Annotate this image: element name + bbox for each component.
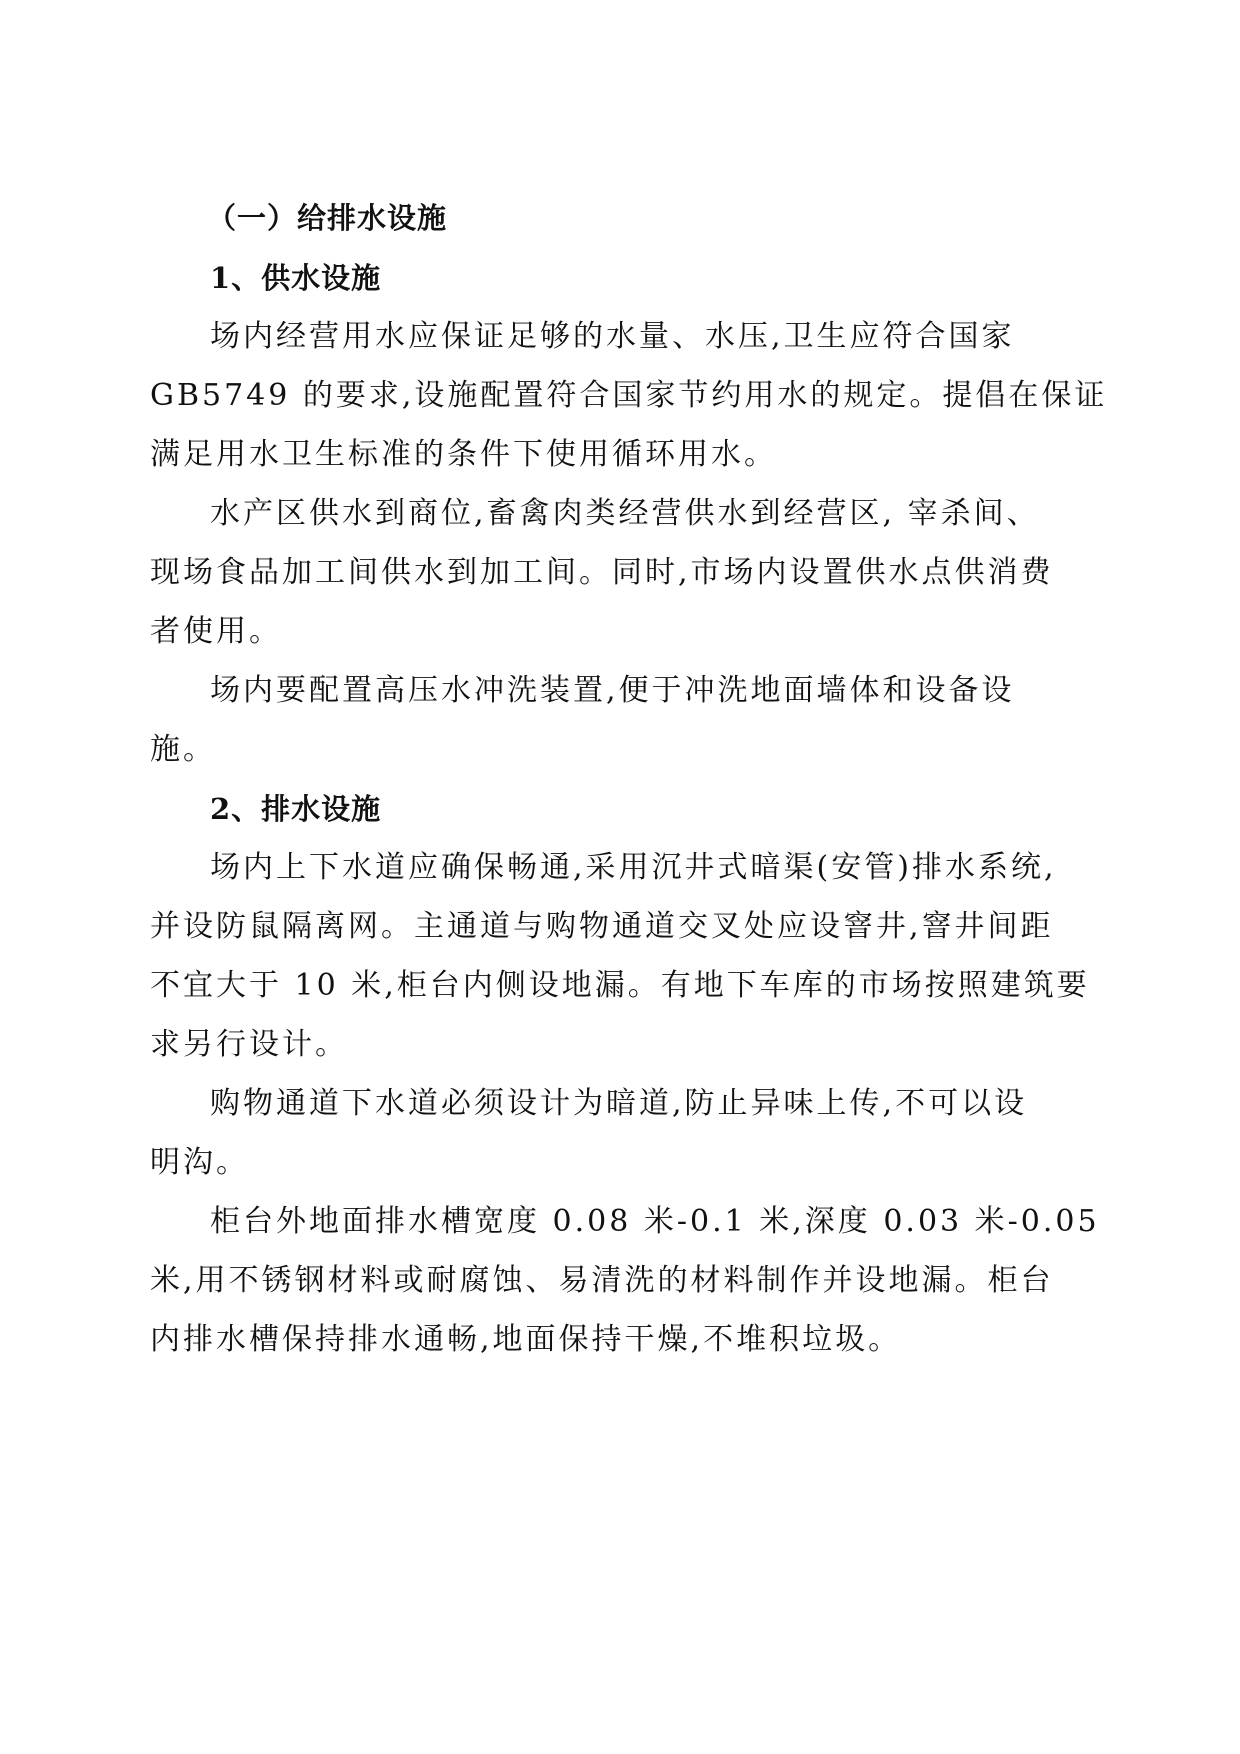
subsection-heading-drainage: 2、排水设施 (210, 789, 1030, 829)
paragraph-line: 场内上下水道应确保畅通,采用沉井式暗渠(安管)排水系统, (210, 848, 1030, 888)
subsection-heading-water-supply: 1、供水设施 (210, 258, 1030, 298)
paragraph-line: 米,用不锈钢材料或耐腐蚀、易清洗的材料制作并设地漏。柜台 (150, 1261, 970, 1301)
paragraph-line: 并设防鼠隔离网。主通道与购物通道交叉处应设窨井,窨井间距 (150, 907, 970, 947)
paragraph-line: 满足用水卫生标准的条件下使用循环用水。 (150, 435, 970, 475)
paragraph-line: 求另行设计。 (150, 1025, 970, 1065)
paragraph-line: 场内要配置高压水冲洗装置,便于冲洗地面墙体和设备设 (210, 671, 1030, 711)
paragraph-line: 现场食品加工间供水到加工间。同时,市场内设置供水点供消费 (150, 553, 970, 593)
document-page: （一）给排水设施 1、供水设施 场内经营用水应保证足够的水量、水压,卫生应符合国… (0, 0, 1240, 1754)
paragraph-line: 者使用。 (150, 612, 970, 652)
paragraph-line: 内排水槽保持排水通畅,地面保持干燥,不堆积垃圾。 (150, 1320, 970, 1360)
paragraph-line: 购物通道下水道必须设计为暗道,防止异味上传,不可以设 (210, 1084, 1030, 1124)
paragraph-line: 水产区供水到商位,畜禽肉类经营供水到经营区, 宰杀间、 (210, 494, 1030, 534)
paragraph-line: 柜台外地面排水槽宽度 0.08 米-0.1 米,深度 0.03 米-0.05 (210, 1202, 1030, 1242)
section-heading: （一）给排水设施 (207, 198, 1027, 238)
paragraph-line: 场内经营用水应保证足够的水量、水压,卫生应符合国家 (210, 317, 1030, 357)
paragraph-line: 施。 (150, 730, 970, 770)
paragraph-line: 不宜大于 10 米,柜台内侧设地漏。有地下车库的市场按照建筑要 (150, 966, 970, 1006)
paragraph-line: 明沟。 (150, 1143, 970, 1183)
paragraph-line: GB5749 的要求,设施配置符合国家节约用水的规定。提倡在保证 (150, 376, 970, 416)
